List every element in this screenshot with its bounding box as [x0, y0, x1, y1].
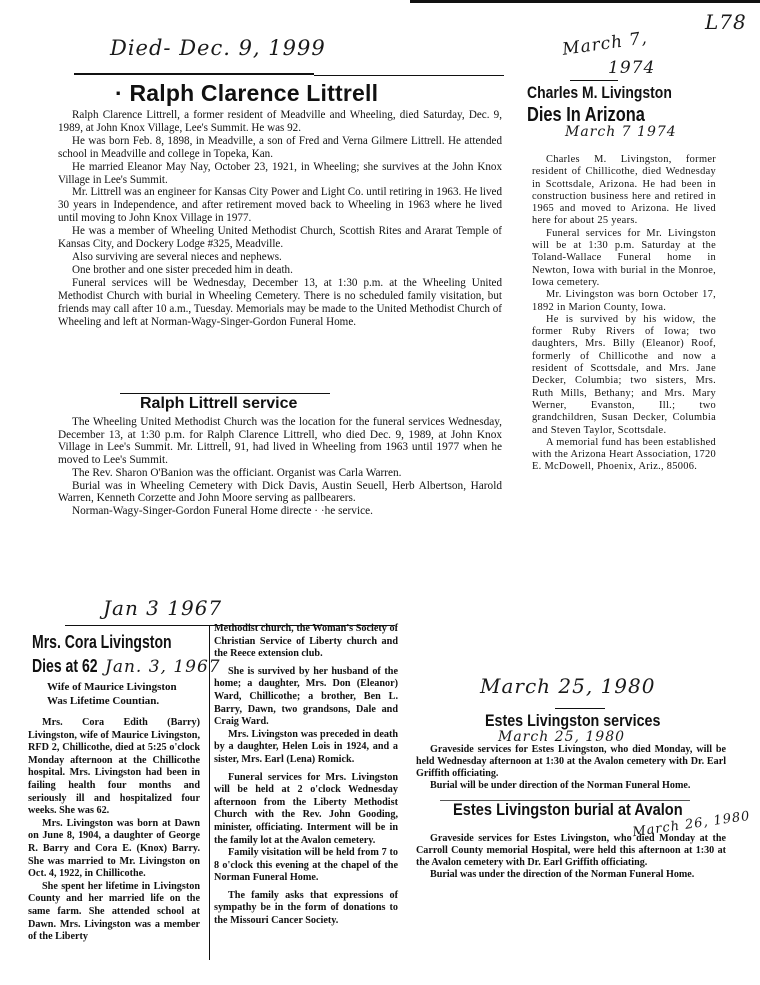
- ralph-obituary-body: Ralph Clarence Littrell, a former reside…: [58, 109, 502, 328]
- column-divider: [209, 625, 210, 960]
- estes-services-handwritten-inline: March 25, 1980: [498, 729, 625, 745]
- charles-obituary-body: Charles M. Livingston, former resident o…: [532, 154, 716, 474]
- estes-services-title: Estes Livingston services: [485, 711, 660, 731]
- subtitle-line: Was Lifetime Countian.: [47, 694, 177, 708]
- charles-top-rule: [570, 80, 618, 81]
- paragraph: Mrs. Cora Edith (Barry) Livingston, wife…: [28, 717, 200, 818]
- cora-column-1: Mrs. Cora Edith (Barry) Livingston, wife…: [28, 717, 200, 944]
- paragraph: Methodist church, the Woman's Society of…: [214, 623, 398, 661]
- paragraph: Graveside services for Estes Livingston,…: [416, 833, 726, 869]
- title-line: Charles M. Livingston: [527, 82, 672, 104]
- paragraph: Mr. Livingston was born October 17, 1892…: [532, 289, 716, 314]
- paragraph: Family visitation will be held from 7 to…: [214, 847, 398, 885]
- ralph-handwritten-date: Died- Dec. 9, 1999: [110, 36, 326, 60]
- scan-edge-line: [410, 0, 760, 3]
- paragraph: He was a member of Wheeling United Metho…: [58, 225, 502, 251]
- paragraph: Funeral services for Mr. Livingston will…: [532, 228, 716, 289]
- paragraph: Mr. Littrell was an engineer for Kansas …: [58, 186, 502, 225]
- cora-column-2: Methodist church, the Woman's Society of…: [214, 623, 398, 928]
- paragraph: She spent her lifetime in Livingston Cou…: [28, 881, 200, 944]
- paragraph: The Rev. Sharon O'Banion was the officia…: [58, 467, 502, 480]
- paragraph: One brother and one sister preceded him …: [58, 264, 502, 277]
- paragraph: Mrs. Livingston was born at Dawn on June…: [28, 818, 200, 881]
- estes-burial-title: Estes Livingston burial at Avalon: [453, 800, 683, 820]
- ralph-service-title: Ralph Littrell service: [140, 395, 297, 413]
- ralph-top-rule: [74, 73, 314, 75]
- estes-services-body: Graveside services for Estes Livingston,…: [416, 744, 726, 792]
- estes-top-rule: [555, 708, 605, 709]
- title-line: Dies In Arizona: [527, 104, 672, 126]
- subtitle-line: Wife of Maurice Livingston: [47, 680, 177, 694]
- title-line: Mrs. Cora Livingston: [32, 630, 172, 654]
- cora-subtitle: Wife of Maurice Livingston Was Lifetime …: [47, 680, 177, 708]
- paragraph: The family asks that expressions of symp…: [214, 890, 398, 928]
- charles-obituary-title: Charles M. Livingston Dies In Arizona: [527, 82, 672, 126]
- estes-handwritten-date: March 25, 1980: [480, 674, 655, 698]
- ralph-service-body: The Wheeling United Methodist Church was…: [58, 416, 502, 518]
- ralph-top-rule-2: [314, 75, 504, 76]
- cora-handwritten-date: Jan 3 1967: [103, 596, 222, 620]
- service-top-rule: [120, 393, 330, 394]
- paragraph: Ralph Clarence Littrell, a former reside…: [58, 109, 502, 135]
- cora-handwritten-inline: Jan. 3, 1967: [105, 657, 221, 677]
- paragraph: Charles M. Livingston, former resident o…: [532, 154, 716, 228]
- paragraph: She is survived by her husband of the ho…: [214, 666, 398, 729]
- paragraph: Funeral services will be Wednesday, Dece…: [58, 277, 502, 329]
- paragraph: A memorial fund has been established wit…: [532, 437, 716, 474]
- paragraph: Graveside services for Estes Livingston,…: [416, 744, 726, 780]
- paragraph: Funeral services for Mrs. Livingston wil…: [214, 772, 398, 848]
- paragraph: The Wheeling United Methodist Church was…: [58, 416, 502, 467]
- ralph-obituary-title: · Ralph Clarence Littrell: [115, 80, 378, 107]
- paragraph: Burial was in Wheeling Cemetery with Dic…: [58, 480, 502, 505]
- paragraph: Also surviving are several nieces and ne…: [58, 251, 502, 264]
- paragraph: Burial will be under direction of the No…: [416, 780, 726, 792]
- paragraph: Norman-Wagy-Singer-Gordon Funeral Home d…: [58, 505, 502, 518]
- paragraph: He married Eleanor May Nay, October 23, …: [58, 161, 502, 187]
- charles-handwritten-date-1: March 7,: [561, 28, 649, 60]
- paragraph: Burial was under the direction of the No…: [416, 869, 726, 881]
- paragraph: Mrs. Livingston was preceded in death by…: [214, 729, 398, 767]
- estes-burial-body: Graveside services for Estes Livingston,…: [416, 833, 726, 881]
- page-marker: L78: [705, 10, 747, 34]
- paragraph: He was born Feb. 8, 1898, in Meadville, …: [58, 135, 502, 161]
- charles-handwritten-inline: March 7 1974: [565, 124, 677, 140]
- paragraph: He is survived by his widow, the former …: [532, 314, 716, 437]
- charles-handwritten-date-2: 1974: [608, 58, 655, 78]
